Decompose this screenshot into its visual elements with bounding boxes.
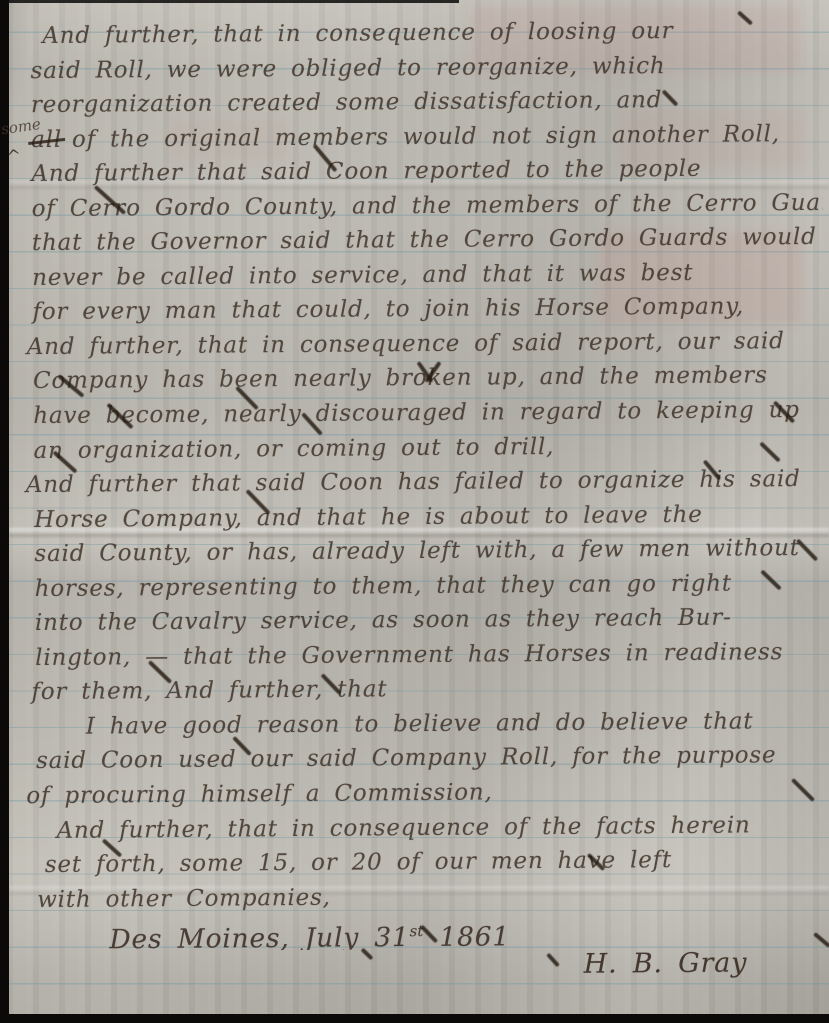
scan-edge-bottom bbox=[9, 1014, 829, 1023]
manuscript-line: And further that said Coon has failed to… bbox=[20, 462, 825, 503]
manuscript-line: said Coon used our said Company Roll, fo… bbox=[22, 738, 827, 779]
manuscript-line: And further, that in consequence of the … bbox=[22, 807, 827, 848]
signature: H. B. Gray bbox=[24, 946, 829, 987]
struck-word: all bbox=[31, 126, 62, 152]
manuscript-line: lington, — that the Government has Horse… bbox=[21, 635, 826, 676]
scan-edge-top bbox=[9, 0, 459, 3]
manuscript-line: that the Governor said that the Cerro Go… bbox=[18, 220, 823, 261]
manuscript-line: allof the original members would not sig… bbox=[17, 116, 822, 157]
dateline-place-date: Des Moines, July 31 bbox=[109, 922, 409, 952]
dateline-ordinal: st bbox=[410, 922, 424, 940]
manuscript-line: have become, nearly discouraged in regar… bbox=[19, 393, 824, 434]
scanned-letter-page: some ^ And further, that in consequence … bbox=[0, 0, 829, 1023]
letter-body: And further, that in consequence of loos… bbox=[16, 13, 829, 987]
line-continuation: of the original members would not sign a… bbox=[72, 121, 780, 153]
dateline-year: 1861 bbox=[439, 921, 510, 952]
